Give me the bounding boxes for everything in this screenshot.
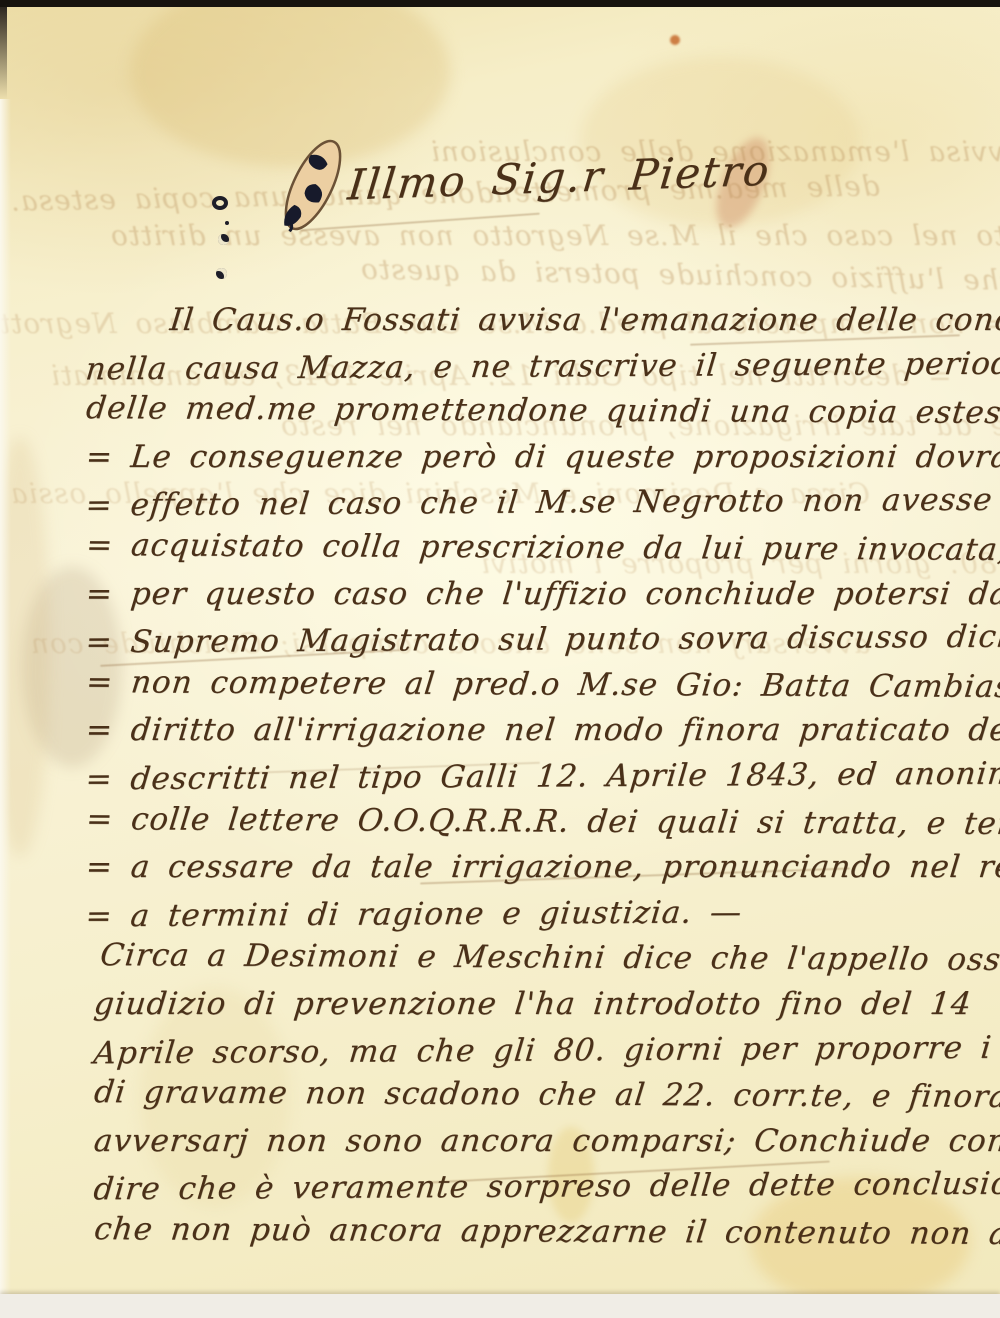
scan-edge-top <box>0 0 1000 7</box>
manuscript-line: = descritti nel tipo Galli 12. Aprile 18… <box>83 751 1000 803</box>
manuscript-line: avversarj non sono ancora comparsi; Conc… <box>92 1119 1000 1165</box>
manuscript-line: Circa a Desimoni e Meschini dice che l'a… <box>98 933 1000 984</box>
manuscript-line: giudizio di prevenzione l'ha introdotto … <box>92 982 1000 1028</box>
bleedthrough-line: = per questo caso che l'uffizio conchiud… <box>360 253 1000 303</box>
manuscript-line: = non competere al pred.o M.se Gio: Batt… <box>84 660 1000 711</box>
ink-dot <box>212 196 228 210</box>
manuscript-line: = diritto all'irrigazione nel modo finor… <box>84 708 1000 754</box>
paper-stain <box>130 7 450 167</box>
manuscript-line: Aprile scorso, ma che gli 80. giorni per… <box>91 1024 1000 1076</box>
letter-body: Il Caus.o Fossati avvisa l'emanazione de… <box>86 298 1000 1255</box>
manuscript-line: = per questo caso che l'uffizio conchiud… <box>84 572 1000 618</box>
manuscript-line: = a cessare da tale irrigazione, pronunc… <box>84 845 1000 891</box>
manuscript-line: = effetto nel caso che il M.se Negrotto … <box>83 477 1000 529</box>
manuscript-line: = a termini di ragione e giustizia. — <box>83 887 1000 939</box>
manuscript-line: che non può ancora apprezzarne il conten… <box>92 1207 1000 1258</box>
manuscript-line: Il Caus.o Fossati avvisa l'emanazione de… <box>168 298 1000 344</box>
manuscript-line: dire che è veramente sorpreso delle dett… <box>91 1161 1000 1213</box>
manuscript-line: = acquistato colla prescrizione da lui p… <box>84 523 1000 574</box>
manuscript-line: = colle lettere O.O.Q.R.R.R. dei quali s… <box>84 797 1000 848</box>
manuscript-line: = Supremo Magistrato sul punto sovra dis… <box>83 614 1000 666</box>
scan-edge-bottom <box>0 1294 1000 1318</box>
ink-dot <box>216 268 227 279</box>
orange-speck <box>670 35 680 45</box>
scan-edge-left <box>0 7 7 99</box>
paper-sheet: Il Caus.o Fossati avvisa l'emanazione de… <box>0 7 1000 1294</box>
ink-dot <box>218 234 229 245</box>
paper-edge-left <box>0 99 11 1294</box>
bleedthrough-line: = effetto nel caso che il M.se Negrotto … <box>110 219 1000 252</box>
manuscript-line: = Le conseguenze però di queste proposiz… <box>84 435 1000 481</box>
manuscript-line: nella causa Mazza, e ne trascrive il seg… <box>83 340 1000 392</box>
ink-dot <box>225 221 229 225</box>
manuscript-line: di gravame non scadono che al 22. corr.t… <box>92 1070 1000 1121</box>
manuscript-line: delle med.me promettendone quindi una co… <box>84 386 1000 437</box>
